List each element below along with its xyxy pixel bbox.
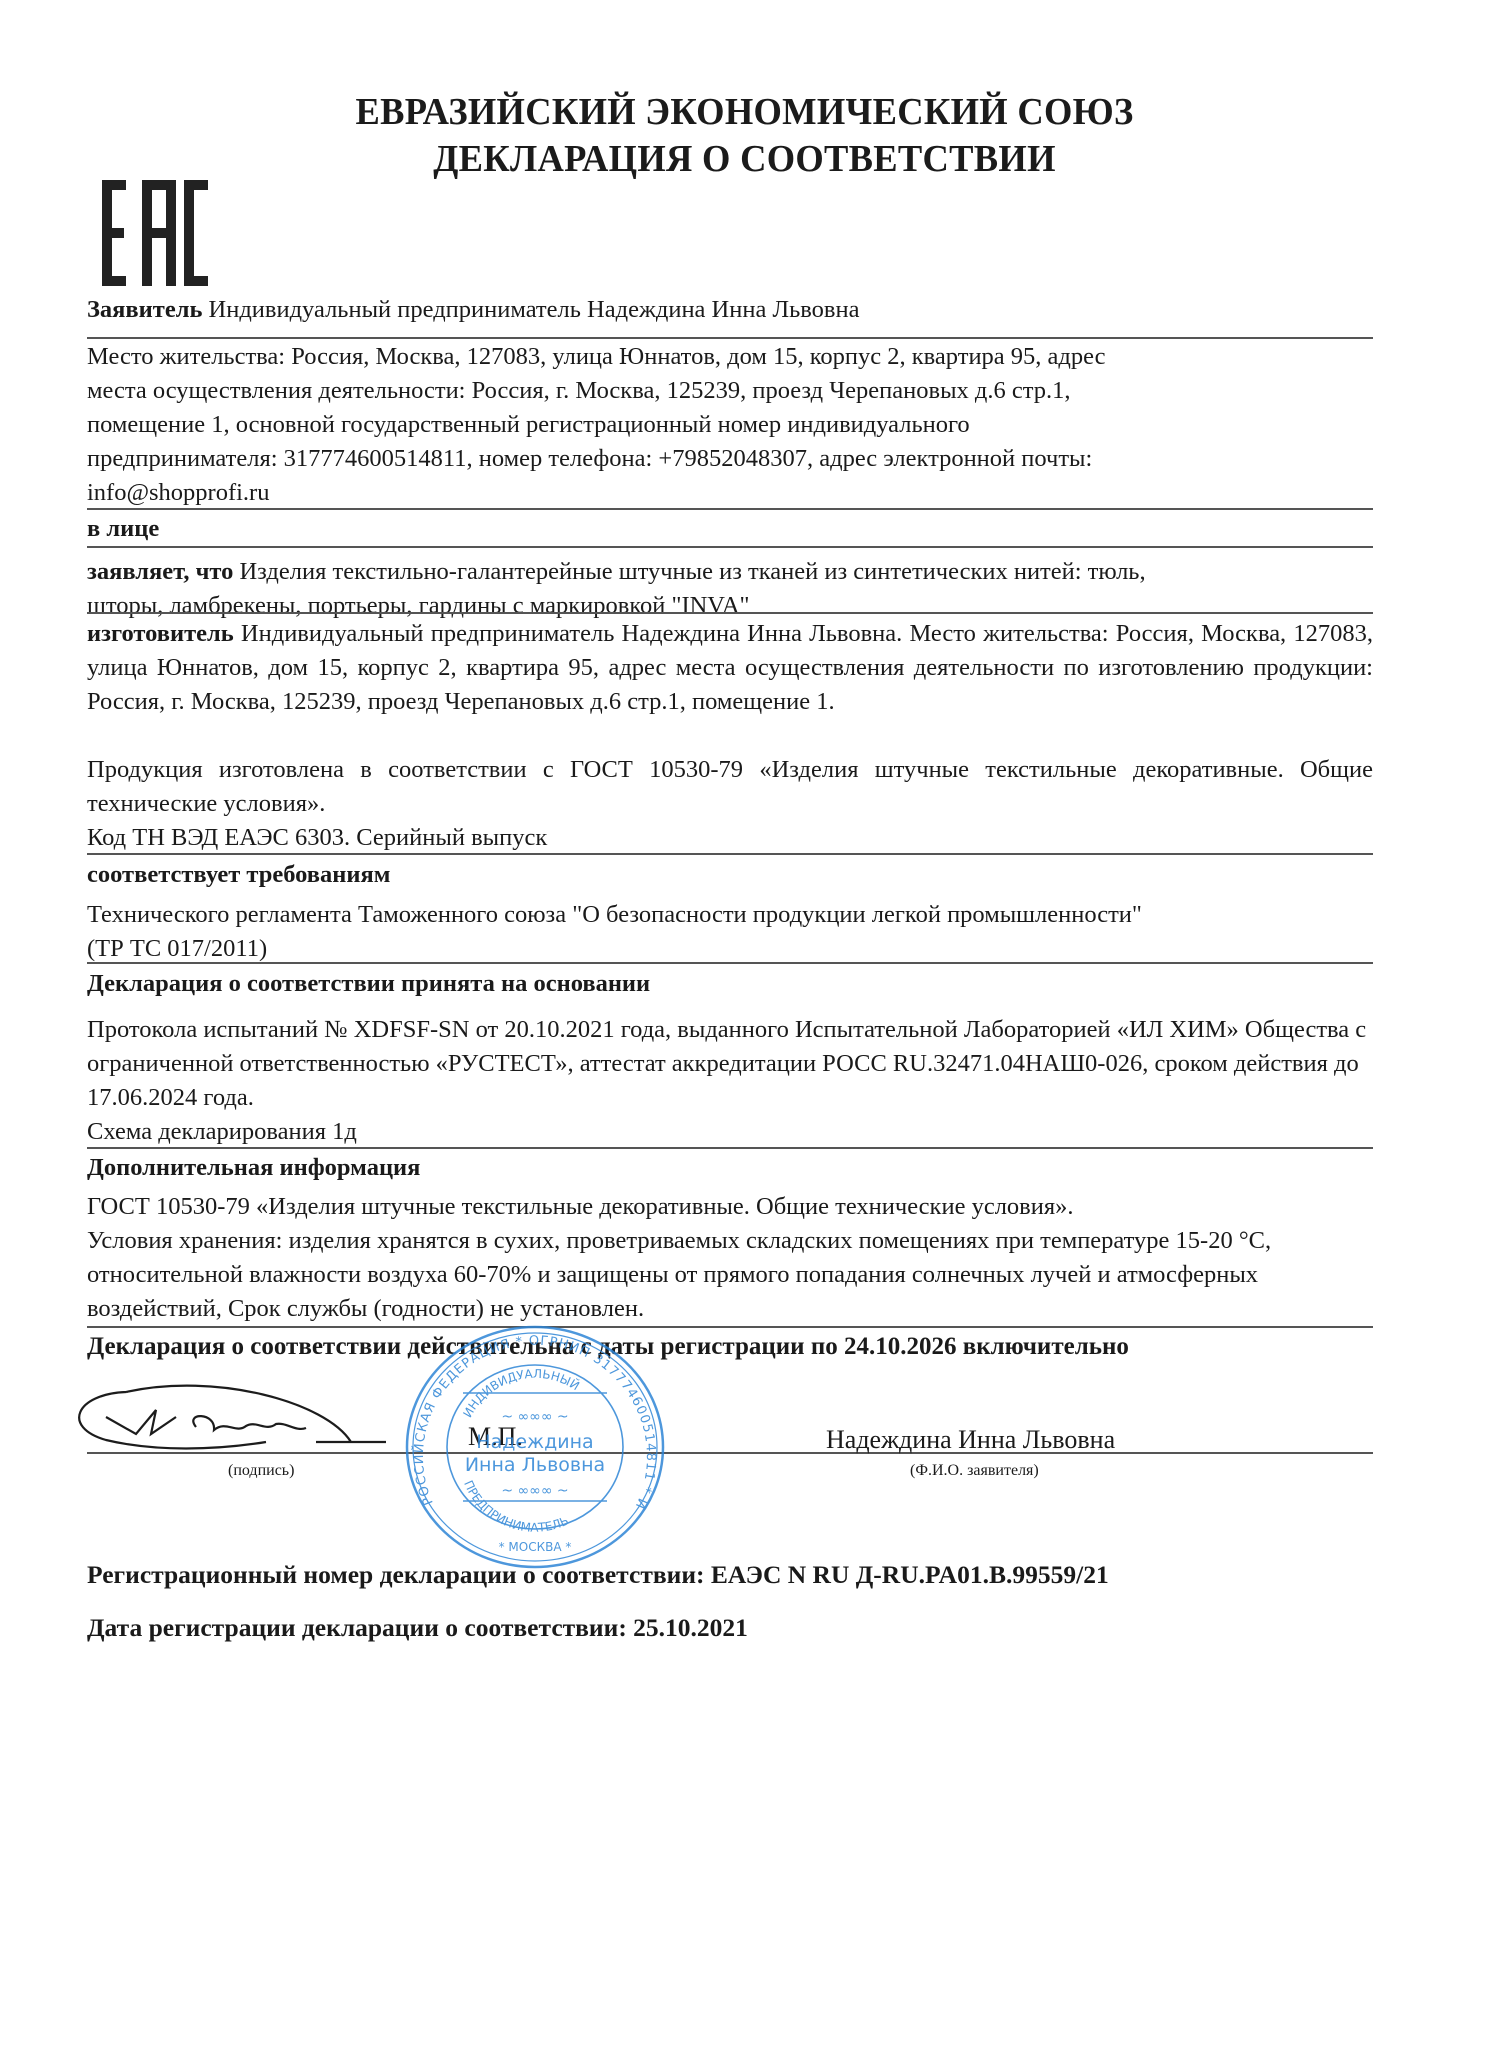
eac-mark-icon [102,180,206,286]
document-title: ДЕКЛАРАЦИЯ О СООТВЕТСТВИИ [30,137,1459,181]
applicant-address-line: предпринимателя: 317774600514811, номер … [87,442,1373,476]
declares-product: Изделия текстильно-галантерейные штучные… [239,558,1145,585]
manufacturer-label: изготовитель [87,620,234,647]
applicant-address-line: Место жительства: Россия, Москва, 127083… [87,340,1373,374]
applicant-email: info@shopprofi.ru [87,476,1373,510]
divider [87,612,1373,614]
signature-icon [66,1372,386,1452]
divider [87,337,1373,339]
svg-text:~ ∞∞∞ ~: ~ ∞∞∞ ~ [501,1409,568,1425]
divider [87,546,1373,548]
manufacturer-text: Индивидуальный предприниматель Надеждина… [87,620,1373,715]
union-title: ЕВРАЗИЙСКИЙ ЭКОНОМИЧЕСКИЙ СОЮЗ [30,90,1459,134]
registration-number: Регистрационный номер декларации о соотв… [87,1560,1109,1590]
declares-row: заявляет, что Изделия текстильно-галанте… [87,555,1373,589]
applicant-row: Заявитель Индивидуальный предприниматель… [87,293,1373,327]
additional-standard: ГОСТ 10530-79 «Изделия штучные текстильн… [87,1190,1373,1224]
declaration-scheme: Схема декларирования 1д [87,1115,1373,1149]
svg-text:~ ∞∞∞ ~: ~ ∞∞∞ ~ [501,1483,568,1499]
applicant-name: Надеждина Инна Львовна [826,1425,1115,1455]
svg-text:* МОСКВА *: * МОСКВА * [499,1540,572,1554]
product-code: Код ТН ВЭД ЕАЭС 6303. Серийный выпуск [87,821,1373,855]
divider [87,1326,1373,1328]
declares-label: заявляет, что [87,558,233,585]
applicant-address-line: помещение 1, основной государственный ре… [87,408,1373,442]
applicant-value: Индивидуальный предприниматель Надеждина… [209,296,860,323]
divider [87,853,1373,855]
applicant-name-caption: (Ф.И.О. заявителя) [910,1462,1039,1480]
regulation-code: (ТР ТС 017/2011) [87,932,1373,966]
basis-text: Протокола испытаний № XDFSF-SN от 20.10.… [87,1013,1373,1115]
divider [87,962,1373,964]
stamp-seal-icon: РОССИЙСКАЯ ФЕДЕРАЦИЯ * ОГРНИП 3177746005… [403,1323,667,1571]
divider [87,508,1373,510]
registration-date: Дата регистрации декларации о соответств… [87,1613,748,1643]
divider [87,1147,1373,1149]
additional-label: Дополнительная информация [87,1151,1373,1185]
signature-caption: (подпись) [228,1462,294,1480]
svg-text:Надеждина: Надеждина [476,1431,593,1453]
manufacturer-standard: Продукция изготовлена в соответствии с Г… [87,753,1373,821]
storage-conditions: Условия хранения: изделия хранятся в сух… [87,1224,1357,1326]
complies-label: соответствует требованиям [87,858,1373,892]
signature-line [87,1452,1373,1454]
svg-text:Инна Львовна: Инна Львовна [465,1454,605,1476]
regulation-line: Технического регламента Таможенного союз… [87,898,1373,932]
represented-by-label: в лице [87,512,1373,546]
manufacturer-block: изготовитель Индивидуальный предпринимат… [87,617,1373,719]
basis-label: Декларация о соответствии принята на осн… [87,967,1373,1001]
validity-statement: Декларация о соответствии действительна … [87,1330,1373,1364]
applicant-address-line: места осуществления деятельности: Россия… [87,374,1373,408]
applicant-label: Заявитель [87,296,202,323]
